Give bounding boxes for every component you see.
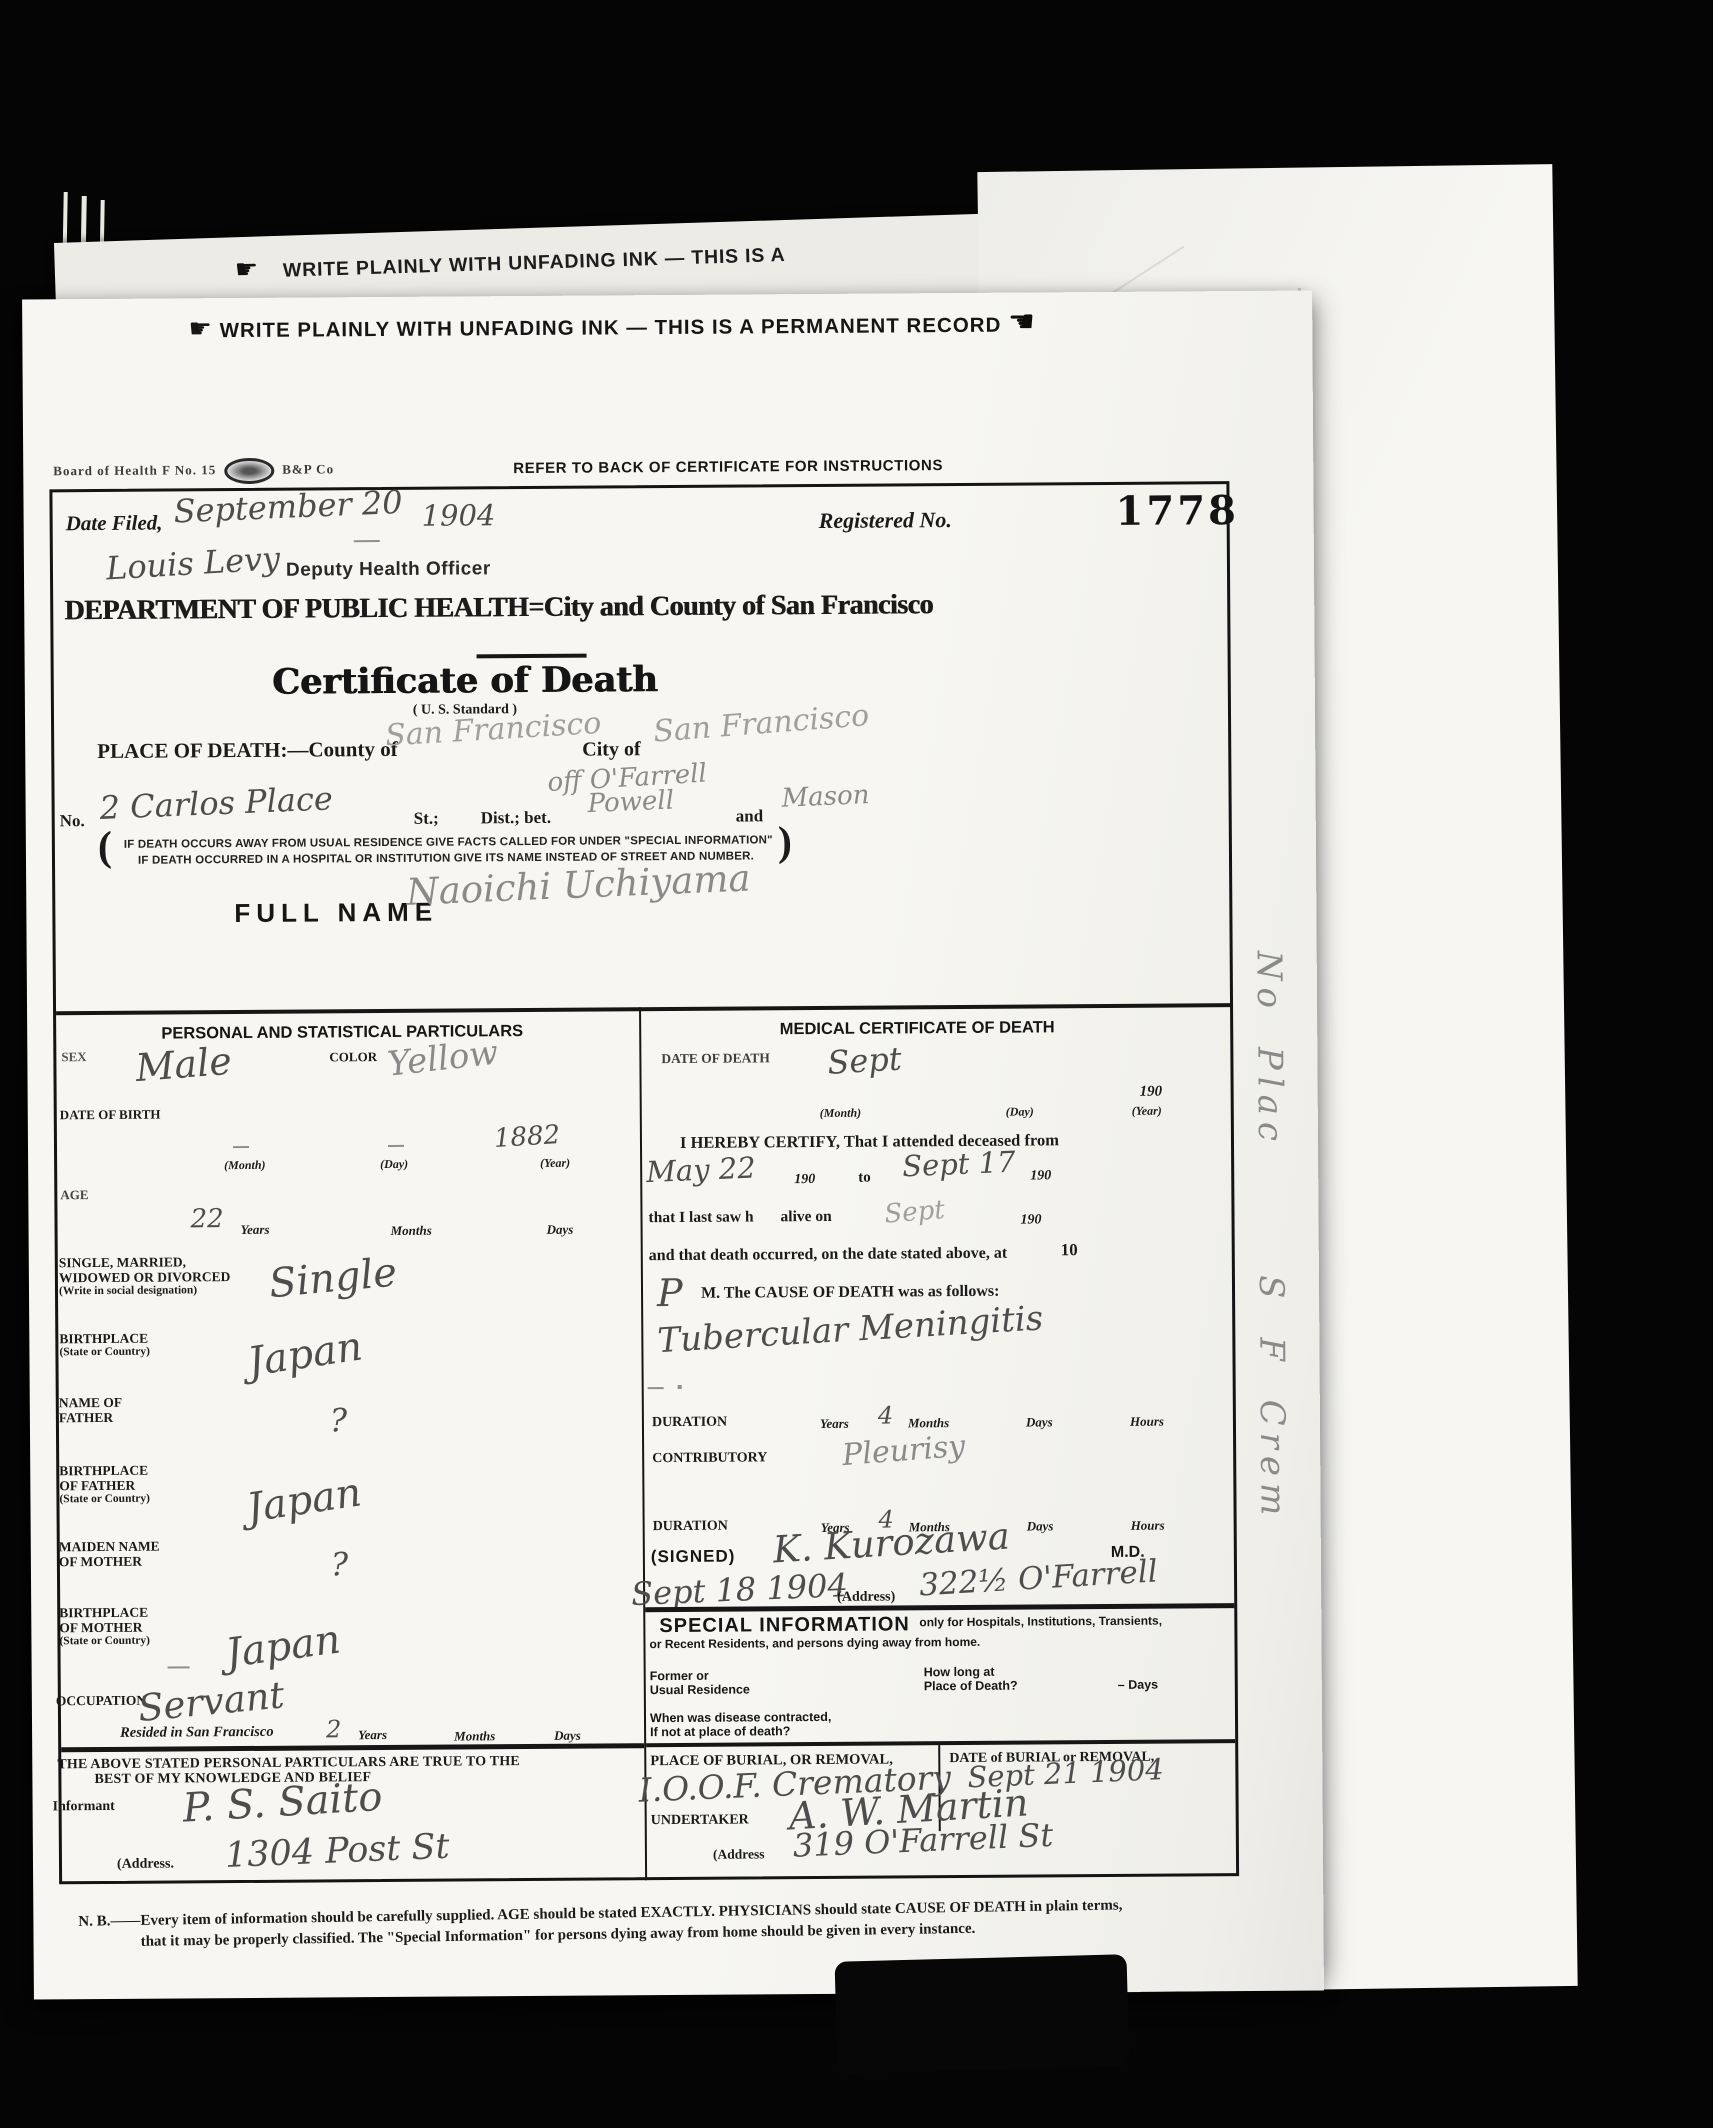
printer-label: B&P Co: [282, 461, 334, 476]
disease-contracted-label-2: If not at place of death?: [650, 1724, 790, 1739]
father-name-label-1: NAME OF: [59, 1395, 122, 1411]
attended-from-value: May 22: [646, 1151, 757, 1190]
duration1-label: DURATION: [652, 1415, 727, 1432]
between-street-value: Powell: [587, 785, 675, 819]
duration1-years-label: Years: [820, 1416, 849, 1432]
place-of-death-label: PLACE OF DEATH:—County of: [97, 737, 398, 764]
footer-note: N. B.——Every item of information should …: [78, 1895, 1151, 1953]
city-label: City of: [582, 738, 640, 761]
mother-name-label-1: MAIDEN NAME: [59, 1539, 160, 1556]
duration2-days-label: Days: [1027, 1518, 1054, 1534]
last-saw-value: Sept: [883, 1195, 945, 1230]
informant-label: Informant: [53, 1799, 115, 1815]
dod-year-prefix: 190: [1140, 1084, 1163, 1101]
registered-no-label: Registered No.: [819, 507, 952, 534]
how-long-label-1: How long at: [924, 1665, 995, 1679]
duration2-label: DURATION: [653, 1519, 728, 1536]
informant-address-label: (Address.: [117, 1857, 174, 1873]
and-street-value: Mason: [781, 780, 870, 814]
personal-section-title: PERSONAL AND STATISTICAL PARTICULARS: [72, 1021, 612, 1044]
date-of-death-label: DATE OF DEATH: [661, 1050, 770, 1067]
officer-title: Deputy Health Officer: [286, 558, 491, 581]
to-label: to: [858, 1170, 871, 1187]
dist-label: Dist.; bet.: [481, 808, 551, 828]
dob-year-value: 1882: [493, 1120, 561, 1154]
sex-label: SEX: [61, 1049, 86, 1065]
attended-to-year: 190: [1030, 1168, 1051, 1184]
how-long-label-2: Place of Death?: [924, 1679, 1018, 1694]
undertaker-label: UNDERTAKER: [651, 1812, 749, 1829]
resided-label: Resided in San Francisco: [120, 1724, 274, 1742]
fill-dash: [233, 1146, 249, 1148]
age-label: AGE: [60, 1187, 88, 1203]
signed-label: (SIGNED): [651, 1547, 736, 1568]
dod-year-label: (Year): [1132, 1104, 1162, 1119]
last-saw-line-1: that I last saw h: [648, 1208, 753, 1227]
date-filed-label: Date Filed,: [66, 511, 163, 537]
certificate-title: Certificate of Death: [65, 658, 865, 705]
fill-dash: [168, 1666, 190, 1668]
father-name-value: ?: [330, 1401, 347, 1439]
dob-month-label: (Month): [224, 1158, 265, 1173]
days-suffix-label: – Days: [1118, 1678, 1158, 1692]
birthplace-label-2: (State or Country): [59, 1346, 150, 1359]
pointing-hand-icon: ☛: [234, 255, 258, 286]
ditto-dot: [678, 1385, 682, 1389]
undertaker-address-label: (Address: [713, 1846, 765, 1862]
occupation-label: OCCUPATION: [56, 1693, 146, 1710]
resided-value: 2: [326, 1715, 341, 1743]
contributory-label: CONTRIBUTORY: [652, 1450, 767, 1467]
duration1-months-label: Months: [908, 1415, 949, 1431]
resided-months-label: Months: [454, 1728, 495, 1744]
ditto-dash: [648, 1387, 664, 1389]
attended-to-value: Sept 17: [901, 1145, 1016, 1184]
certificate-sheet: ☛ WRITE PLAINLY WITH UNFADING INK — THIS…: [22, 291, 1324, 2000]
paren-open: (: [98, 823, 112, 871]
registered-no-value: 1778: [1115, 487, 1239, 535]
attended-from-year: 190: [794, 1172, 815, 1188]
dob-year-label: (Year): [540, 1156, 570, 1171]
duration1-hours-label: Hours: [1130, 1414, 1164, 1430]
signed-address-label: (Address): [837, 1589, 895, 1605]
fill-dash: [354, 540, 380, 542]
age-value: 22: [190, 1204, 223, 1234]
st-label: St.;: [414, 809, 439, 829]
pointing-hand-right-icon: ☛: [189, 314, 214, 344]
banner-row: ☛ WRITE PLAINLY WITH UNFADING INK — THIS…: [97, 304, 1127, 346]
am-pm-value: P: [657, 1271, 683, 1315]
dob-label: DATE OF BIRTH: [60, 1107, 161, 1124]
color-label: COLOR: [329, 1049, 377, 1065]
cause-of-death-line: M. The CAUSE OF DEATH was as follows:: [701, 1283, 1000, 1303]
margin-annotation: No Plac S F Crem: [1249, 951, 1293, 1523]
behind-banner-text: WRITE PLAINLY WITH UNFADING INK — THIS I…: [283, 244, 786, 283]
former-residence-label-2: Usual Residence: [650, 1682, 750, 1697]
duration1-value: 4: [878, 1401, 893, 1429]
resided-days-label: Days: [554, 1728, 581, 1744]
sex-value: Male: [134, 1039, 233, 1090]
permanent-record-banner: WRITE PLAINLY WITH UNFADING INK — THIS I…: [220, 314, 1002, 342]
duration2-hours-label: Hours: [1131, 1518, 1165, 1534]
last-saw-year: 190: [1020, 1212, 1041, 1228]
department-title: DEPARTMENT OF PUBLIC HEALTH=City and Cou…: [64, 590, 864, 628]
board-of-health-label: Board of Health F No. 15: [53, 462, 216, 478]
mother-name-value: ?: [331, 1545, 348, 1583]
age-years-label: Years: [241, 1222, 270, 1238]
mother-name-label-2: OF MOTHER: [59, 1554, 142, 1571]
age-days-label: Days: [547, 1222, 574, 1238]
father-name-label-2: FATHER: [59, 1410, 113, 1426]
special-info-note-2: or Recent Residents, and persons dying a…: [649, 1635, 980, 1651]
dob-day-label: (Day): [380, 1157, 408, 1172]
father-birthplace-label-3: (State or Country): [59, 1493, 150, 1506]
pointing-hand-left-icon: ☚: [1008, 304, 1036, 339]
dod-day-label: (Day): [1006, 1104, 1034, 1119]
footer-note-prefix: N. B.——: [78, 1913, 140, 1930]
dod-month-label: (Month): [820, 1106, 861, 1121]
marital-label-3: (Write in social designation): [59, 1284, 197, 1297]
date-of-death-month-value: Sept: [826, 1039, 902, 1081]
special-info-note-1: only for Hospitals, Institutions, Transi…: [919, 1614, 1162, 1630]
special-info-title: SPECIAL INFORMATION: [659, 1613, 910, 1638]
death-time-value: 10: [1061, 1240, 1078, 1260]
refer-note: REFER TO BACK OF CERTIFICATE FOR INSTRUC…: [513, 457, 943, 477]
date-filed-year: 1904: [421, 498, 495, 533]
former-residence-label-1: Former or: [650, 1669, 709, 1683]
street-no-label: No.: [60, 811, 85, 831]
title-rule: [477, 654, 587, 659]
mother-birthplace-label-3: (State or Country): [59, 1635, 150, 1648]
age-months-label: Months: [391, 1223, 432, 1239]
footer-note-body: Every item of information should be care…: [140, 1897, 1122, 1949]
father-birthplace-label-2: OF FATHER: [59, 1478, 135, 1495]
form-meta-left: Board of Health F No. 15B&P Co: [53, 457, 334, 485]
fill-dash: [388, 1145, 404, 1147]
paren-close: ): [778, 818, 792, 866]
death-occurred-line: and that death occurred, on the date sta…: [649, 1245, 1007, 1266]
duration1-days-label: Days: [1026, 1414, 1053, 1430]
and-label: and: [736, 806, 764, 826]
resided-years-label: Years: [358, 1727, 387, 1743]
medical-section-title: MEDICAL CERTIFICATE OF DEATH: [667, 1018, 1167, 1040]
last-saw-line-2: alive on: [780, 1208, 831, 1226]
scanned-death-certificate: ☛ WRITE PLAINLY WITH UNFADING INK — THIS…: [0, 0, 1713, 2128]
printer-stamp-icon: [224, 458, 274, 484]
disease-contracted-label-1: When was disease contracted,: [650, 1710, 831, 1725]
scan-artifact-blob: [835, 1954, 1130, 2074]
